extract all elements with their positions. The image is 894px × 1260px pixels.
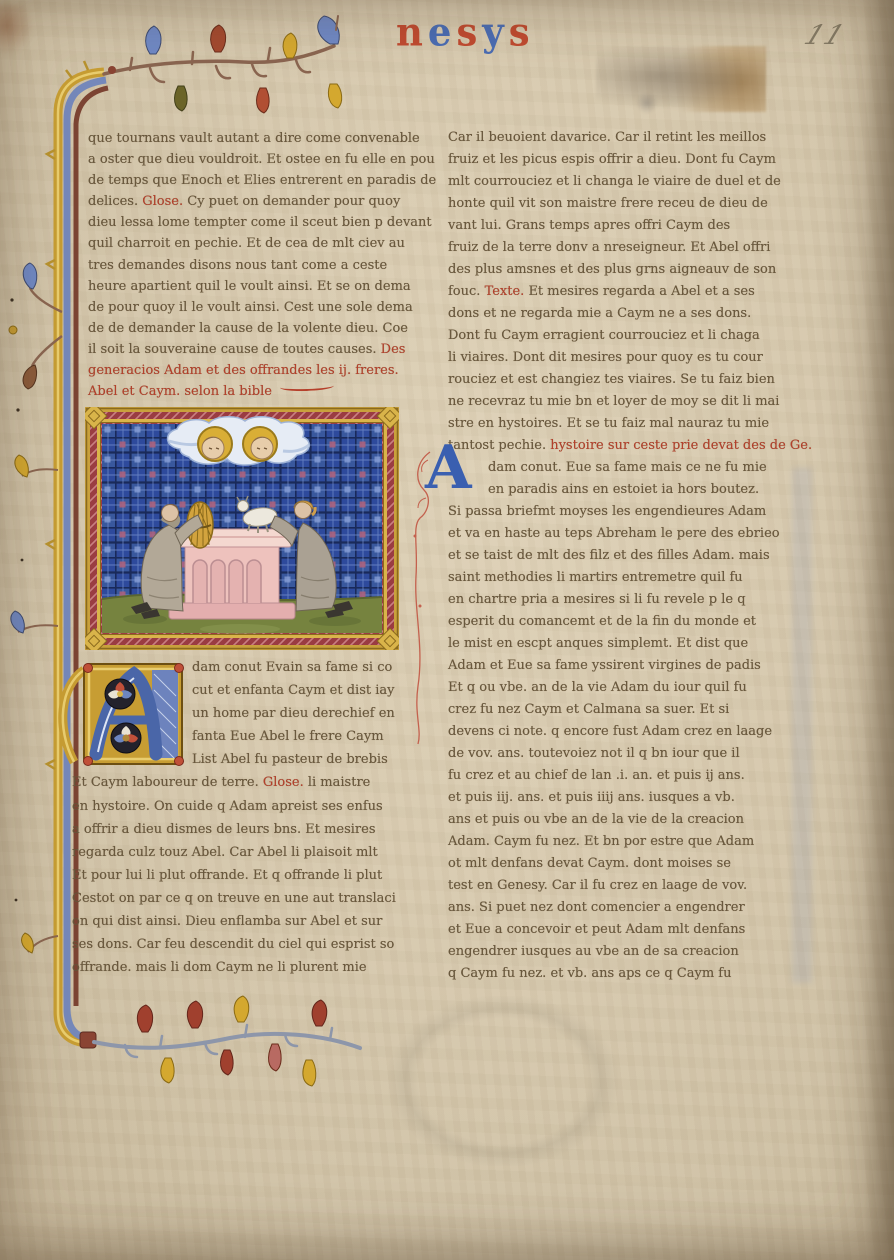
- text-line: en chartre pria a mesires si li fu revel…: [448, 589, 798, 611]
- text-line: et va en haste au teps Abreham le pere d…: [448, 523, 798, 545]
- text-line: rouciez et est changiez tes viaires. Se …: [448, 369, 798, 391]
- body-text: ans. Si puet nez dont comencier a engend…: [448, 900, 745, 915]
- body-text: regarda culz touz Abel. Car Abel li plai…: [72, 845, 378, 860]
- text-line: ans et puis ou vbe an de la vie de la cr…: [448, 809, 798, 831]
- bottom-ivy-vine: [94, 996, 360, 1086]
- page-edge-shadow: [864, 0, 894, 1260]
- body-text: esperit du comancemt et de la fin du mon…: [448, 614, 756, 629]
- body-text: fouc.: [448, 284, 485, 299]
- body-text: fu crez et au chief de lan .i. an. et pu…: [448, 768, 745, 783]
- body-text: a offrir a dieu dismes de leurs bns. Et …: [72, 822, 376, 837]
- text-line: Abel et Caym. selon la bible: [88, 381, 418, 402]
- text-line: Et pour lui li plut offrande. Et q offra…: [72, 864, 417, 887]
- text-line: en hystoire. On cuide q Adam apreist ses…: [72, 795, 417, 818]
- text-line: offrande. mais li dom Caym ne li plurent…: [72, 956, 417, 979]
- text-line: de pour quoy il le voult ainsi. Cest une…: [88, 297, 418, 318]
- text-line: crez fu nez Caym et Calmana sa suer. Et …: [448, 699, 798, 721]
- body-text: quil charroit en pechie. Et de cea de ml…: [88, 236, 405, 251]
- text-line: de temps que Enoch et Elies entrerent en…: [88, 170, 418, 191]
- text-line: et Eue a concevoir et peut Adam mlt denf…: [448, 919, 798, 941]
- body-text: Cy puet on demander pour quoy: [187, 194, 400, 209]
- body-text: ot mlt denfans devat Caym. dont moises s…: [448, 856, 731, 871]
- text-line: Adam et Eue sa fame yssirent virgines de…: [448, 655, 798, 677]
- text-line: Cestot on par ce q on treuve en une aut …: [72, 887, 417, 910]
- text-line: Et q ou vbe. an de la vie Adam du iour q…: [448, 677, 798, 699]
- text-line: Car il beuoient davarice. Car il retint …: [448, 127, 798, 149]
- body-text: et va en haste au teps Abreham le pere d…: [448, 526, 780, 541]
- text-line: saint methodies li martirs entremetre qu…: [448, 567, 798, 589]
- text-line: delices. Glose. Cy puet on demander pour…: [88, 191, 418, 212]
- text-line: honte quil vit son maistre frere receu d…: [448, 193, 798, 215]
- body-text: a oster que dieu vouldroit. Et ostee en …: [88, 152, 435, 167]
- body-text: vant lui. Grans temps apres offri Caym d…: [448, 218, 730, 233]
- body-text: en chartre pria a mesires si li fu revel…: [448, 592, 746, 607]
- rubric-line-filler: [280, 381, 334, 392]
- body-text: fanta Eue Abel le frere Caym: [192, 729, 384, 744]
- text-line: fanta Eue Abel le frere Caym: [192, 725, 417, 748]
- folio-number: 11: [800, 20, 851, 51]
- text-line: et puis iij. ans. et puis iiij ans. iusq…: [448, 787, 798, 809]
- text-line: le mist en escpt anques simplemt. Et dis…: [448, 633, 798, 655]
- body-text: Et mesires regarda a Abel et a ses: [528, 284, 754, 299]
- body-text: Cestot on par ce q on treuve en une aut …: [72, 891, 396, 906]
- text-line: li viaires. Dont dit mesires pour quoy e…: [448, 347, 798, 369]
- miniature-cain-abel-offering: [85, 407, 399, 650]
- body-text: de de demander la cause de la volente di…: [88, 321, 408, 336]
- body-text: le mist en escpt anques simplemt. Et dis…: [448, 636, 748, 651]
- text-line: un home par dieu derechief en: [192, 702, 417, 725]
- text-line: dam conut. Eue sa fame mais ce ne fu mie: [488, 457, 798, 479]
- text-line: fu crez et au chief de lan .i. an. et pu…: [448, 765, 798, 787]
- running-title-letter: e: [428, 13, 457, 52]
- manuscript-page: nesys 11: [0, 0, 894, 1260]
- text-line: List Abel fu pasteur de brebis: [192, 748, 417, 771]
- text-line: en paradis ains en estoiet ia hors boute…: [488, 479, 798, 501]
- text-line: test en Genesy. Car il fu crez en laage …: [448, 875, 798, 897]
- body-text: et puis iij. ans. et puis iiij ans. iusq…: [448, 790, 735, 805]
- text-line: Si passa briefmt moyses les engendieures…: [448, 501, 798, 523]
- clouds: [168, 417, 310, 465]
- body-text: et se taist de mlt des filz et des fille…: [448, 548, 770, 563]
- body-text: ne recevraz tu mie bn et loyer de moy se…: [448, 394, 779, 409]
- body-text: List Abel fu pasteur de brebis: [192, 752, 388, 767]
- margin-sprigs: [9, 263, 62, 953]
- body-text: saint methodies li martirs entremetre qu…: [448, 570, 743, 585]
- text-line: tres demandes disons nous tant come a ce…: [88, 255, 418, 276]
- initial-gold-tail: [63, 670, 84, 762]
- text-line: que tournans vault autant a dire come co…: [88, 128, 418, 149]
- text-line: fouc. Texte. Et mesires regarda a Abel e…: [448, 281, 798, 303]
- body-text: li maistre: [308, 775, 371, 790]
- body-text: ses dons. Car feu descendit du ciel qui …: [72, 937, 394, 952]
- body-text: rouciez et est changiez tes viaires. Se …: [448, 372, 775, 387]
- body-text: Et q ou vbe. an de la vie Adam du iour q…: [448, 680, 747, 695]
- text-line: dam conut Evain sa fame si co: [192, 656, 417, 679]
- text-line: quil charroit en pechie. Et de cea de ml…: [88, 233, 418, 254]
- body-text: stre en hystoires. Et se tu faiz mal nau…: [448, 416, 769, 431]
- text-line: il soit la souveraine cause de toutes ca…: [88, 339, 418, 360]
- text-line: a oster que dieu vouldroit. Et ostee en …: [88, 149, 418, 170]
- text-line: fruiz et les picus espis offrir a dieu. …: [448, 149, 798, 171]
- body-text: honte quil vit son maistre frere receu d…: [448, 196, 768, 211]
- body-text: en paradis ains en estoiet ia hors boute…: [488, 482, 759, 497]
- rubric-text: Texte.: [485, 284, 529, 299]
- corner-stain: [0, 4, 34, 56]
- initial-letter: A: [425, 433, 472, 503]
- rubric-text: Abel et Caym. selon la bible: [88, 384, 272, 399]
- text-line: regarda culz touz Abel. Car Abel li plai…: [72, 841, 417, 864]
- body-text: Adam et Eue sa fame yssirent virgines de…: [448, 658, 761, 673]
- text-line: devens ci note. q encore fust Adam crez …: [448, 721, 798, 743]
- rubric-text: Glose.: [142, 194, 187, 209]
- body-text: Dont fu Caym erragient courrouciez et li…: [448, 328, 760, 343]
- body-text: delices.: [88, 194, 142, 209]
- illuminated-initial-a: A: [50, 658, 190, 772]
- text-line: Et Caym laboureur de terre. Glose. li ma…: [72, 771, 417, 794]
- text-line: et se taist de mlt des filz et des fille…: [448, 545, 798, 567]
- body-text: des plus amsnes et des plus grns aigneau…: [448, 262, 776, 277]
- text-line: ne recevraz tu mie bn et loyer de moy se…: [448, 391, 798, 413]
- text-line: de vov. ans. toutevoiez not il q bn iour…: [448, 743, 798, 765]
- body-text: fruiz et les picus espis offrir a dieu. …: [448, 152, 776, 167]
- right-column-text: Car il beuoient davarice. Car il retint …: [448, 127, 798, 985]
- body-text: Si passa briefmt moyses les engendieures…: [448, 504, 766, 519]
- body-text: que tournans vault autant a dire come co…: [88, 131, 420, 146]
- text-line: ses dons. Car feu descendit du ciel qui …: [72, 933, 417, 956]
- body-text: Car il beuoient davarice. Car il retint …: [448, 130, 766, 145]
- running-title-letter: y: [482, 13, 509, 52]
- text-line: vant lui. Grans temps apres offri Caym d…: [448, 215, 798, 237]
- body-text: un home par dieu derechief en: [192, 706, 395, 721]
- body-text: tres demandes disons nous tant come a ce…: [88, 258, 387, 273]
- running-title-letter: n: [396, 13, 428, 52]
- running-title-letter: s: [509, 13, 535, 52]
- altar: [169, 529, 295, 619]
- text-line: tantost pechie. hystoire sur ceste prie …: [448, 435, 798, 457]
- text-line: esperit du comancemt et de la fin du mon…: [448, 611, 798, 633]
- text-line: q Caym fu nez. et vb. ans aps ce q Caym …: [448, 963, 798, 985]
- body-text: offrande. mais li dom Caym ne li plurent…: [72, 960, 367, 975]
- body-text: de temps que Enoch et Elies entrerent en…: [88, 173, 436, 188]
- text-line: generacios Adam et des offrandes les ij.…: [88, 360, 418, 381]
- left-column-upper-text: que tournans vault autant a dire come co…: [88, 128, 418, 402]
- body-text: de vov. ans. toutevoiez not il q bn iour…: [448, 746, 740, 761]
- rubric-text: generacios Adam et des offrandes les ij.…: [88, 363, 399, 378]
- text-line: on qui dist ainsi. Dieu enflamba sur Abe…: [72, 910, 417, 933]
- rubric-text: Des: [381, 342, 406, 357]
- text-line: stre en hystoires. Et se tu faiz mal nau…: [448, 413, 798, 435]
- running-title: nesys: [396, 14, 535, 51]
- body-text: q Caym fu nez. et vb. ans aps ce q Caym …: [448, 966, 731, 981]
- text-line: mlt courrouciez et li changa le viaire d…: [448, 171, 798, 193]
- body-text: dieu lessa lome tempter come il sceut bi…: [88, 215, 432, 230]
- body-text: Adam. Caym fu nez. Et bn por estre que A…: [448, 834, 754, 849]
- body-text: devens ci note. q encore fust Adam crez …: [448, 724, 772, 739]
- text-line: de de demander la cause de la volente di…: [88, 318, 418, 339]
- text-line: ans. Si puet nez dont comencier a engend…: [448, 897, 798, 919]
- body-text: dons et ne regarda mie a Caym ne a ses d…: [448, 306, 751, 321]
- body-text: dam conut. Eue sa fame mais ce ne fu mie: [488, 460, 767, 475]
- text-line: cut et enfanta Caym et dist iay: [192, 679, 417, 702]
- body-text: en hystoire. On cuide q Adam apreist ses…: [72, 799, 383, 814]
- body-text: Et pour lui li plut offrande. Et q offra…: [72, 868, 382, 883]
- penwork-initial-a: A: [425, 443, 477, 537]
- text-line: Adam. Caym fu nez. Et bn por estre que A…: [448, 831, 798, 853]
- body-text: crez fu nez Caym et Calmana sa suer. Et …: [448, 702, 729, 717]
- ink-smudge-stain: [596, 46, 766, 112]
- running-title-letter: s: [456, 13, 482, 52]
- body-text: cut et enfanta Caym et dist iay: [192, 683, 394, 698]
- text-line: des plus amsnes et des plus grns aigneau…: [448, 259, 798, 281]
- body-text: engendrer iusques au vbe an de sa creaci…: [448, 944, 739, 959]
- body-text: on qui dist ainsi. Dieu enflamba sur Abe…: [72, 914, 382, 929]
- text-line: dons et ne regarda mie a Caym ne a ses d…: [448, 303, 798, 325]
- faint-circular-mark: [388, 996, 618, 1166]
- body-text: mlt courrouciez et li changa le viaire d…: [448, 174, 781, 189]
- top-ivy-vine: [104, 16, 342, 113]
- grey-spot: [636, 92, 658, 114]
- body-text: li viaires. Dont dit mesires pour quoy e…: [448, 350, 763, 365]
- body-text: de pour quoy il le voult ainsi. Cest une…: [88, 300, 413, 315]
- text-line: engendrer iusques au vbe an de sa creaci…: [448, 941, 798, 963]
- body-text: ans et puis ou vbe an de la vie de la cr…: [448, 812, 744, 827]
- text-line: fruiz de la terre donv a nreseigneur. Et…: [448, 237, 798, 259]
- body-text: fruiz de la terre donv a nreseigneur. Et…: [448, 240, 770, 255]
- body-text: et Eue a concevoir et peut Adam mlt denf…: [448, 922, 745, 937]
- text-line: a offrir a dieu dismes de leurs bns. Et …: [72, 818, 417, 841]
- body-text: dam conut Evain sa fame si co: [192, 660, 392, 675]
- body-text: il soit la souveraine cause de toutes ca…: [88, 342, 381, 357]
- text-line: ot mlt denfans devat Caym. dont moises s…: [448, 853, 798, 875]
- rubric-text: hystoire sur ceste prie devat des de Ge.: [550, 438, 812, 453]
- body-text: test en Genesy. Car il fu crez en laage …: [448, 878, 747, 893]
- body-text: Et Caym laboureur de terre.: [72, 775, 263, 790]
- body-text: heure apartient quil le voult ainsi. Et …: [88, 279, 411, 294]
- text-line: dieu lessa lome tempter come il sceut bi…: [88, 212, 418, 233]
- text-line: heure apartient quil le voult ainsi. Et …: [88, 276, 418, 297]
- rubric-text: Glose.: [263, 775, 308, 790]
- text-line: Dont fu Caym erragient courrouciez et li…: [448, 325, 798, 347]
